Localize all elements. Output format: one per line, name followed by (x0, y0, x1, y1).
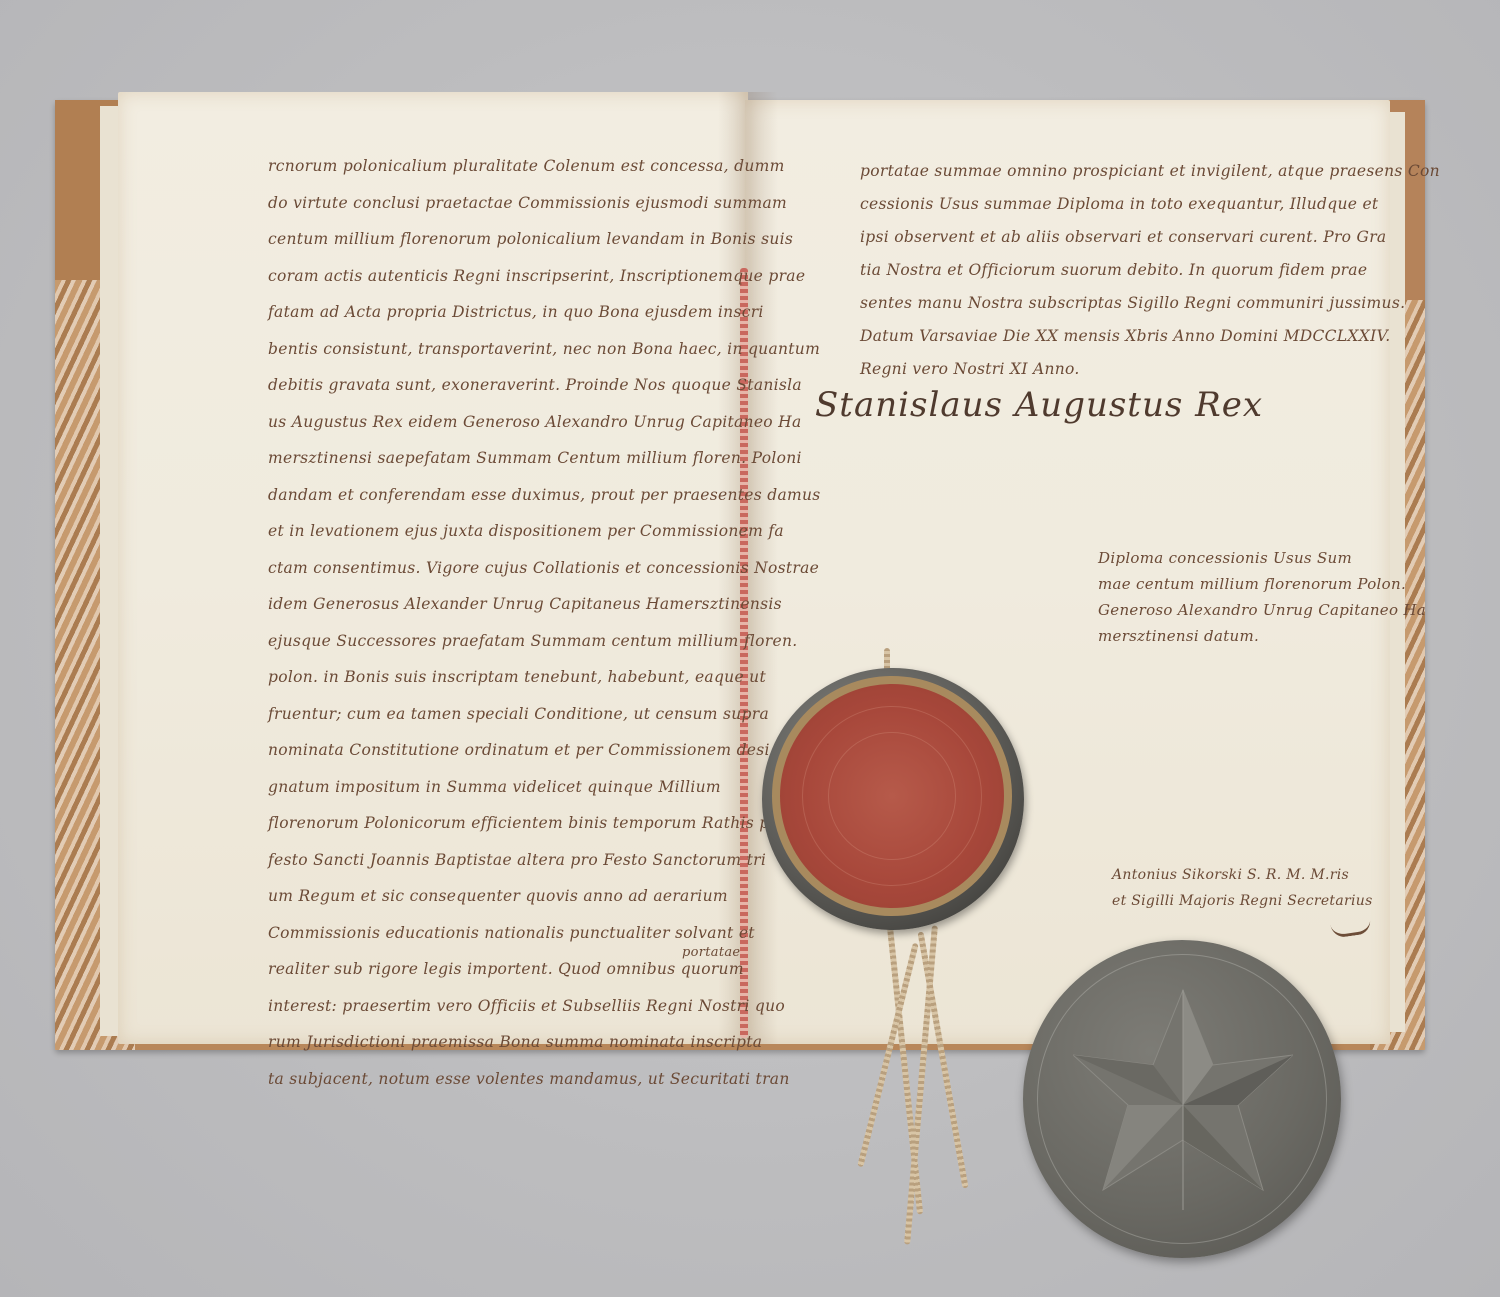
text-line: us Augustus Rex eidem Generoso Alexandro… (268, 404, 840, 441)
text-line: debitis gravata sunt, exoneraverint. Pro… (268, 367, 840, 404)
text-line: sentes manu Nostra subscriptas Sigillo R… (860, 287, 1440, 320)
text-line: Regni vero Nostri XI Anno. (860, 353, 1440, 386)
right-page-text: portatae summae omnino prospiciant et in… (860, 155, 1440, 386)
royal-signature: Stanislaus Augustus Rex (815, 385, 1263, 425)
text-line: coram actis autenticis Regni inscripseri… (268, 258, 840, 295)
six-pointed-star-icon (1073, 980, 1293, 1220)
seal-ring (828, 732, 956, 860)
text-line: realiter sub rigore legis importent. Quo… (268, 951, 840, 988)
skippet-lid (1023, 940, 1341, 1258)
text-line: do virtute conclusi praetactae Commissio… (268, 185, 840, 222)
text-line: ipsi observent et ab aliis observari et … (860, 221, 1440, 254)
text-line: festo Sancti Joannis Baptistae altera pr… (268, 842, 840, 879)
text-line: mersztinensi datum. (1098, 623, 1426, 649)
text-line: Diploma concessionis Usus Sum (1098, 545, 1426, 571)
text-line: Datum Varsaviae Die XX mensis Xbris Anno… (860, 320, 1440, 353)
text-line: et in levationem ejus juxta dispositione… (268, 513, 840, 550)
text-line: ctam consentimus. Vigore cujus Collation… (268, 550, 840, 587)
text-line: ta subjacent, notum esse volentes mandam… (268, 1061, 840, 1098)
wax-seal-skippet (762, 668, 1024, 930)
text-line: mae centum millium florenorum Polon. (1098, 571, 1426, 597)
text-line: nominata Constitutione ordinatum et per … (268, 732, 840, 769)
text-line: Antonius Sikorski S. R. M. M.ris (1112, 862, 1373, 888)
text-line: cessionis Usus summae Diploma in toto ex… (860, 188, 1440, 221)
text-line: fruentur; cum ea tamen speciali Conditio… (268, 696, 840, 733)
text-line: mersztinensi saepefatam Summam Centum mi… (268, 440, 840, 477)
text-line: ejusque Successores praefatam Summam cen… (268, 623, 840, 660)
text-line: bentis consistunt, transportaverint, nec… (268, 331, 840, 368)
text-line: dandam et conferendam esse duximus, prou… (268, 477, 840, 514)
text-line: interest: praesertim vero Officiis et Su… (268, 988, 840, 1025)
text-line: fatam ad Acta propria Districtus, in quo… (268, 294, 840, 331)
text-line: centum millium florenorum polonicalium l… (268, 221, 840, 258)
red-wax-seal (780, 684, 1004, 908)
text-line: Generoso Alexandro Unrug Capitaneo Ha (1098, 597, 1426, 623)
text-line: tia Nostra et Officiorum suorum debito. … (860, 254, 1440, 287)
text-line: gnatum impositum in Summa videlicet quin… (268, 769, 840, 806)
text-line: Commissionis educationis nationalis punc… (268, 915, 840, 952)
text-line: rum Jurisdictioni praemissa Bona summa n… (268, 1024, 840, 1061)
text-line: idem Generosus Alexander Unrug Capitaneu… (268, 586, 840, 623)
endorsement-text: Diploma concessionis Usus Sum mae centum… (1098, 545, 1426, 649)
text-line: polon. in Bonis suis inscriptam tenebunt… (268, 659, 840, 696)
text-line: florenorum Polonicorum efficientem binis… (268, 805, 840, 842)
left-page-text: rcnorum polonicalium pluralitate Colenum… (268, 148, 840, 1097)
text-line: um Regum et sic consequenter quovis anno… (268, 878, 840, 915)
text-line: portatae summae omnino prospiciant et in… (860, 155, 1440, 188)
catchword: portatae (682, 945, 740, 960)
text-line: rcnorum polonicalium pluralitate Colenum… (268, 148, 840, 185)
